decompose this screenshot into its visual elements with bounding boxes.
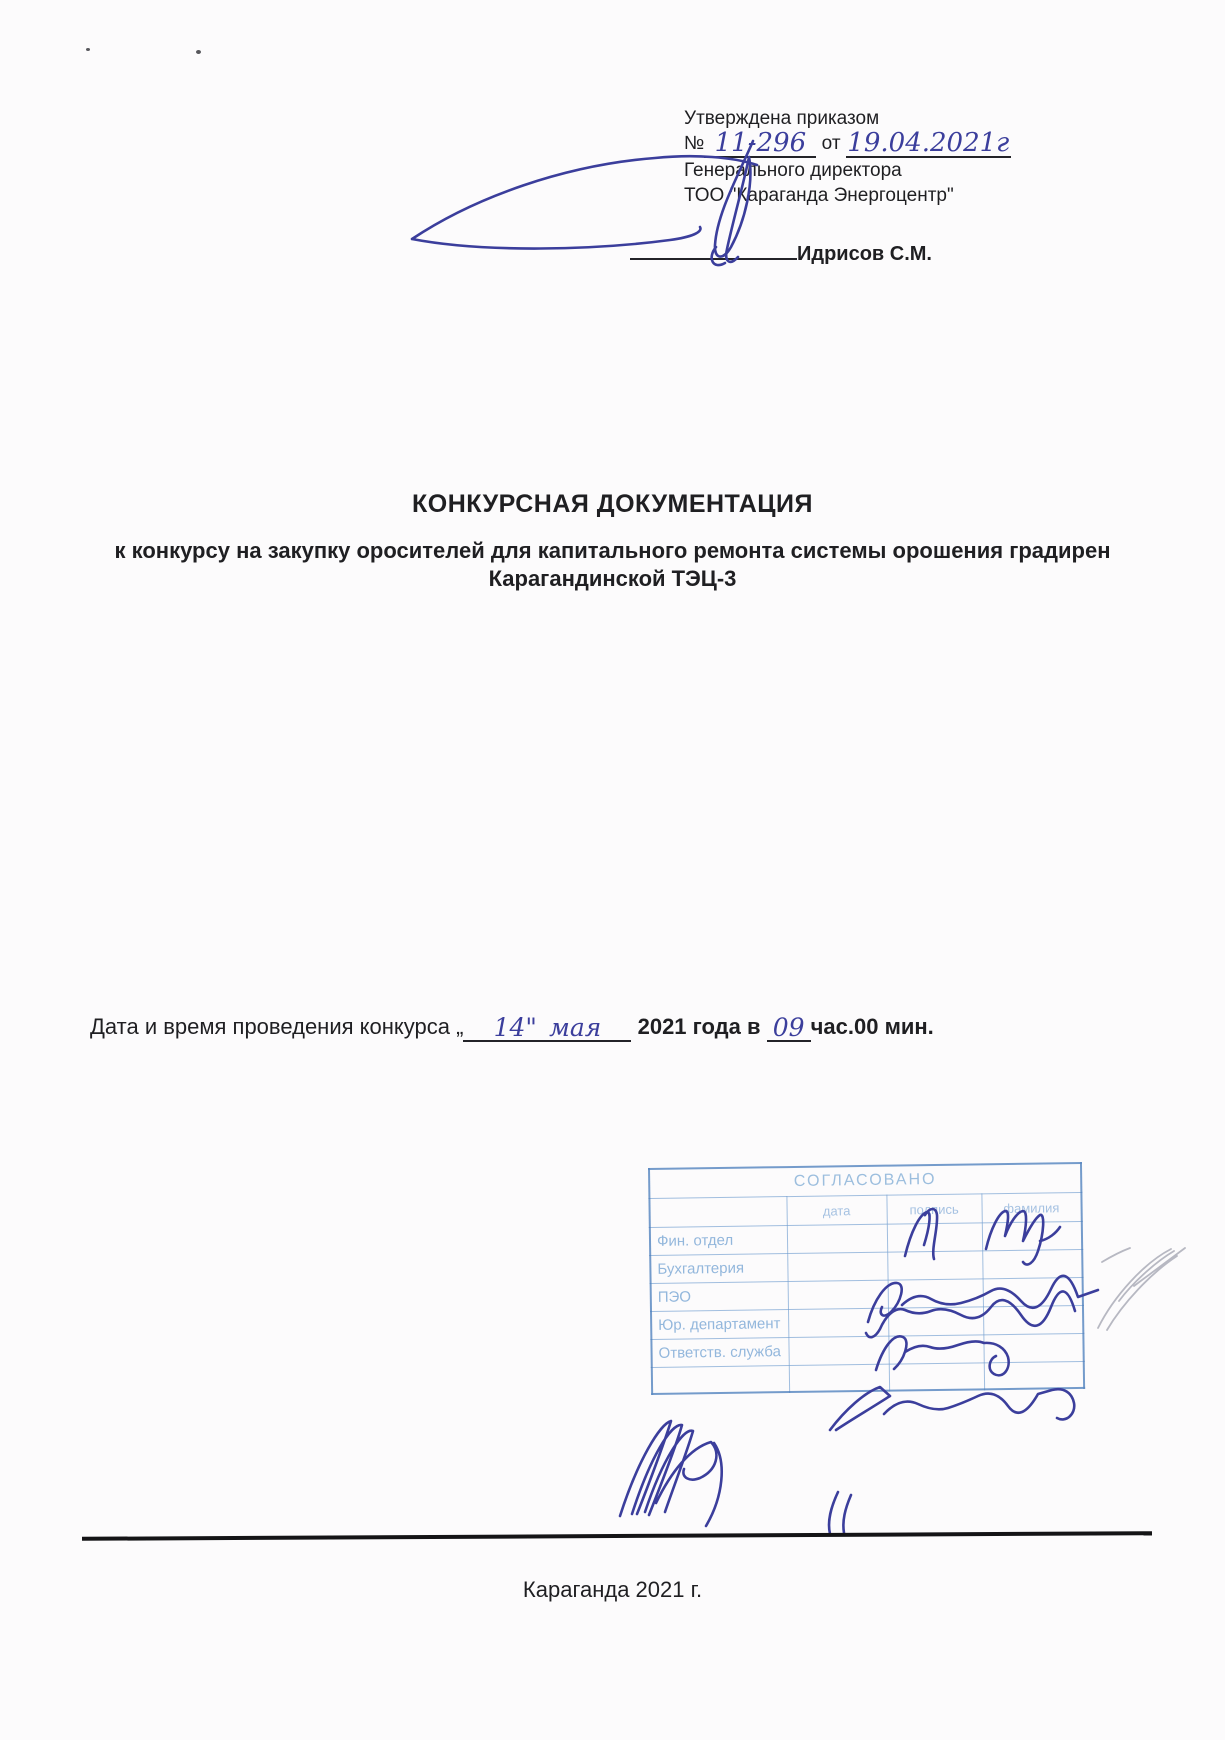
stamp-cell (984, 1361, 1084, 1389)
stamp-row-empty (652, 1361, 1084, 1394)
handwritten-order-number: 11-296 (715, 128, 807, 158)
competition-date-line: Дата и время проведения конкурса „14" ма… (90, 1014, 934, 1042)
bottom-left-scribble-signature (620, 1421, 722, 1526)
stamp-cell (983, 1333, 1083, 1362)
stamp-cell (788, 1280, 888, 1309)
pencil-signature-hatches (1098, 1248, 1185, 1330)
competition-date-label: Дата и время проведения конкурса (90, 1014, 450, 1039)
stamp-cell (887, 1251, 982, 1280)
stamp-col-header-date: дата (786, 1195, 886, 1225)
stamp-row-label: ПЭО (651, 1282, 788, 1312)
ceo-signature-row: Идрисов С.М. (630, 236, 932, 266)
footer-city-year: Караганда 2021 г. (0, 1577, 1225, 1603)
handwritten-month: мая (549, 1013, 601, 1042)
scan-speck (86, 48, 90, 51)
ceo-signature-line (630, 236, 797, 260)
stamp-row-label: Ответств. служба (651, 1338, 788, 1368)
stamp-corner-cell (649, 1197, 786, 1228)
stamp-cell (982, 1221, 1082, 1250)
day-month-field: 14" мая (463, 1014, 631, 1042)
stamp-cell (787, 1224, 887, 1253)
order-between-word: от (822, 133, 841, 154)
approval-line-3: Генерального директора (684, 158, 1011, 183)
order-number-field: 11-296 (704, 131, 816, 158)
approval-line-2: №11-296 от 19.04.2021г (684, 131, 1011, 158)
stamp-cell (983, 1277, 1083, 1306)
stamp-cell (652, 1366, 789, 1394)
document-subtitle-line-2: Карагандинской ТЭЦ-3 (45, 565, 1180, 593)
stamp-cell (983, 1305, 1083, 1334)
stamp-cell (889, 1363, 984, 1391)
stamp-cell (788, 1308, 888, 1337)
handwritten-hour: 09 (773, 1013, 805, 1042)
stamp-signature-cursive-4 (830, 1387, 1074, 1430)
document-subtitle-line-1: к конкурсу на закупку оросителей для кап… (45, 537, 1180, 565)
date-minutes-text: час.00 мин. (811, 1014, 934, 1039)
stamp-row-label: Бухгалтерия (650, 1254, 787, 1284)
stamp-cell (788, 1336, 888, 1365)
pen-marks-above-rule (829, 1492, 851, 1534)
stamp-cell (888, 1335, 983, 1364)
order-number-prefix: № (684, 133, 704, 154)
approval-line-4: ТОО "Караганда Энергоцентр" (684, 183, 1011, 208)
hour-field: 09 (767, 1014, 811, 1042)
stamp-row-label: Юр. департамент (651, 1310, 788, 1340)
open-quote: „ (456, 1014, 463, 1039)
order-date-field: 19.04.2021г (846, 131, 1011, 158)
approval-stamp-table: СОГЛАСОВАНО дата подпись фамилия Фин. от… (648, 1162, 1085, 1395)
approval-block: Утверждена приказом №11-296 от 19.04.202… (684, 106, 1011, 208)
stamp-cell (887, 1223, 982, 1252)
scanned-document-page: Утверждена приказом №11-296 от 19.04.202… (0, 0, 1225, 1740)
scan-speck (196, 50, 201, 54)
stamp-row-label: Фин. отдел (650, 1226, 787, 1256)
stamp-cell (982, 1249, 1082, 1278)
document-title: КОНКУРСНАЯ ДОКУМЕНТАЦИЯ (0, 490, 1225, 519)
date-year-text: 2021 года в (638, 1014, 761, 1039)
stamp-cell (787, 1252, 887, 1281)
document-subtitle: к конкурсу на закупку оросителей для кап… (45, 537, 1180, 593)
stamp-col-header-signature: подпись (886, 1194, 981, 1224)
stamp-cell (888, 1279, 983, 1308)
stamp-cell (888, 1307, 983, 1336)
handwritten-order-date: 19.04.2021г (847, 128, 1009, 158)
footer-horizontal-rule (82, 1531, 1152, 1541)
handwritten-ink-overlay (0, 0, 1225, 1740)
handwritten-day: 14" (494, 1013, 537, 1042)
stamp-cell (789, 1364, 889, 1392)
ceo-name: Идрисов С.М. (797, 243, 932, 265)
stamp-col-header-surname: фамилия (981, 1192, 1081, 1222)
